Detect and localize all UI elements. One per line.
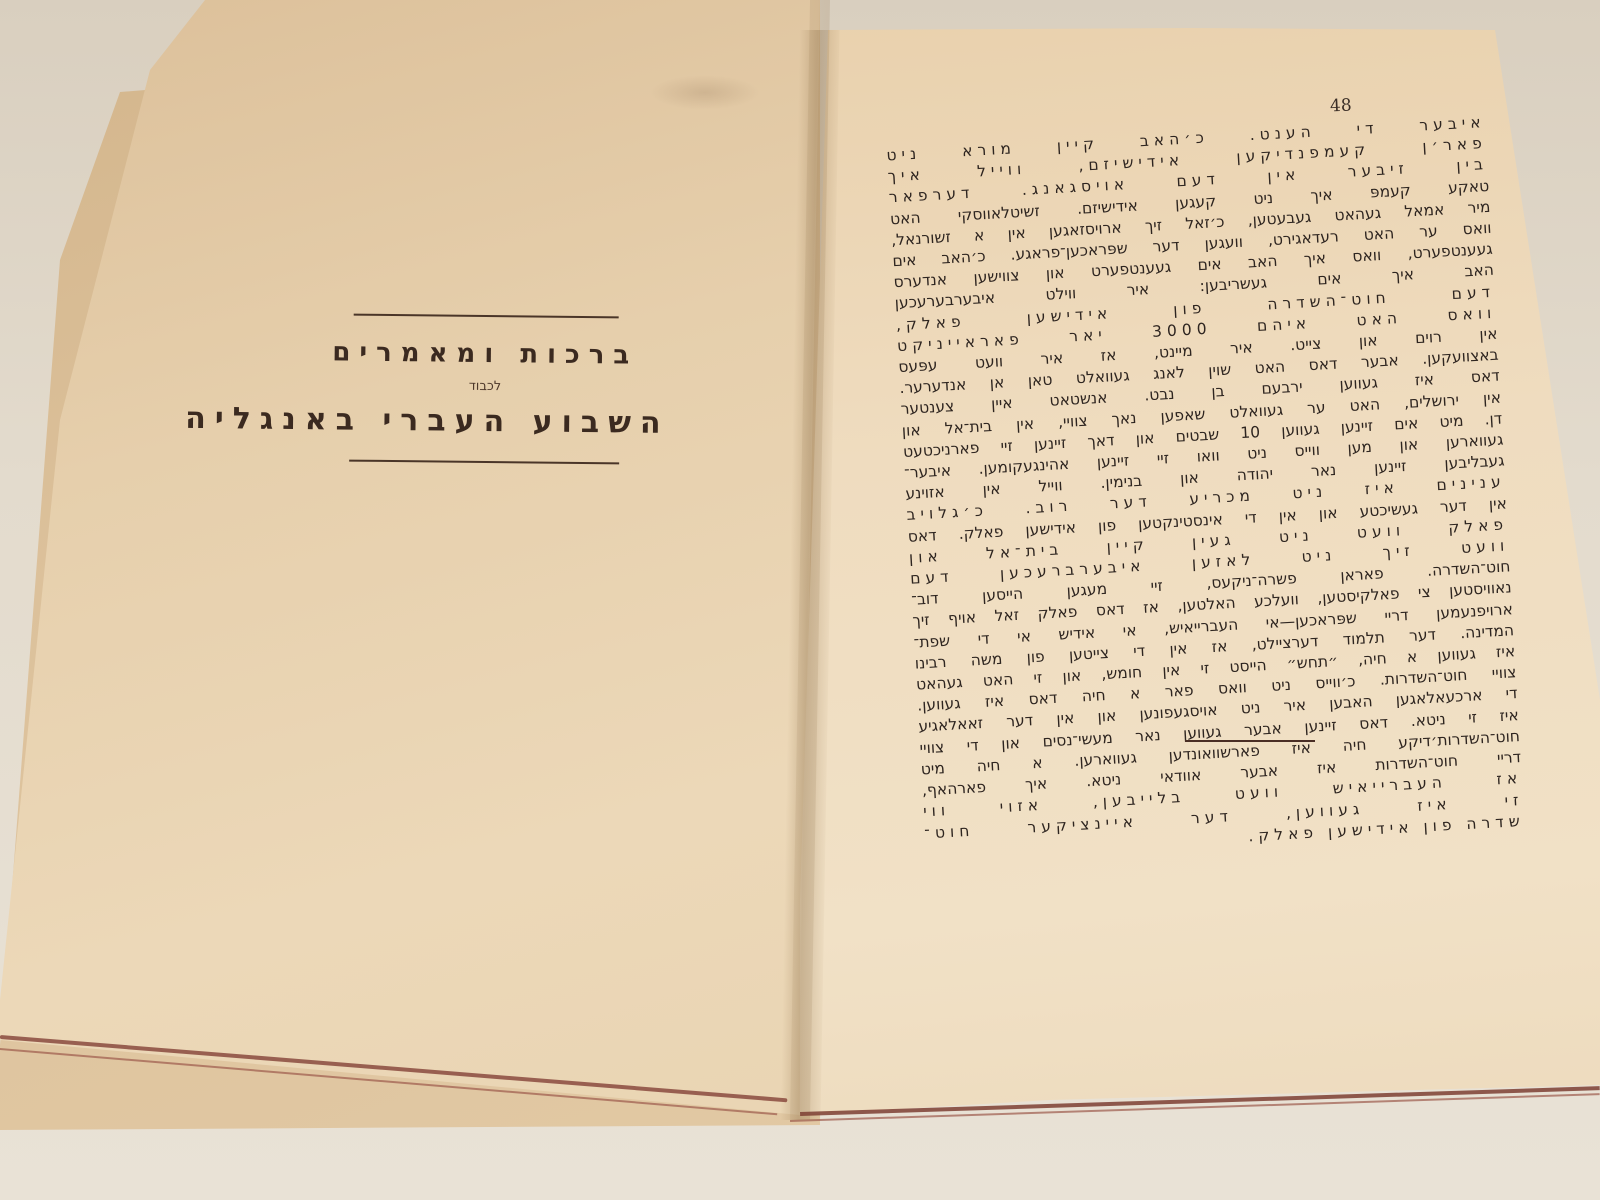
- title-top-rule: [353, 314, 618, 319]
- left-page: [0, 0, 830, 1200]
- left-page-title-block: ברכות ומאמרים לכבוד השבוע העברי באנגליה: [299, 298, 671, 465]
- page-number: 48: [1329, 95, 1352, 116]
- right-page-body-text: איבער די הענט. כ׳האב קיין מורא ניט פאר׳ן…: [886, 112, 1525, 865]
- title-line-3: השבוע העברי באנגליה: [299, 402, 669, 441]
- page-smudge: [650, 75, 760, 110]
- end-rule: [1185, 740, 1315, 742]
- title-line-2: לכבוד: [300, 377, 670, 396]
- open-book-photo: ברכות ומאמרים לכבוד השבוע העברי באנגליה …: [0, 0, 1600, 1200]
- title-line-1: ברכות ומאמרים: [300, 337, 670, 371]
